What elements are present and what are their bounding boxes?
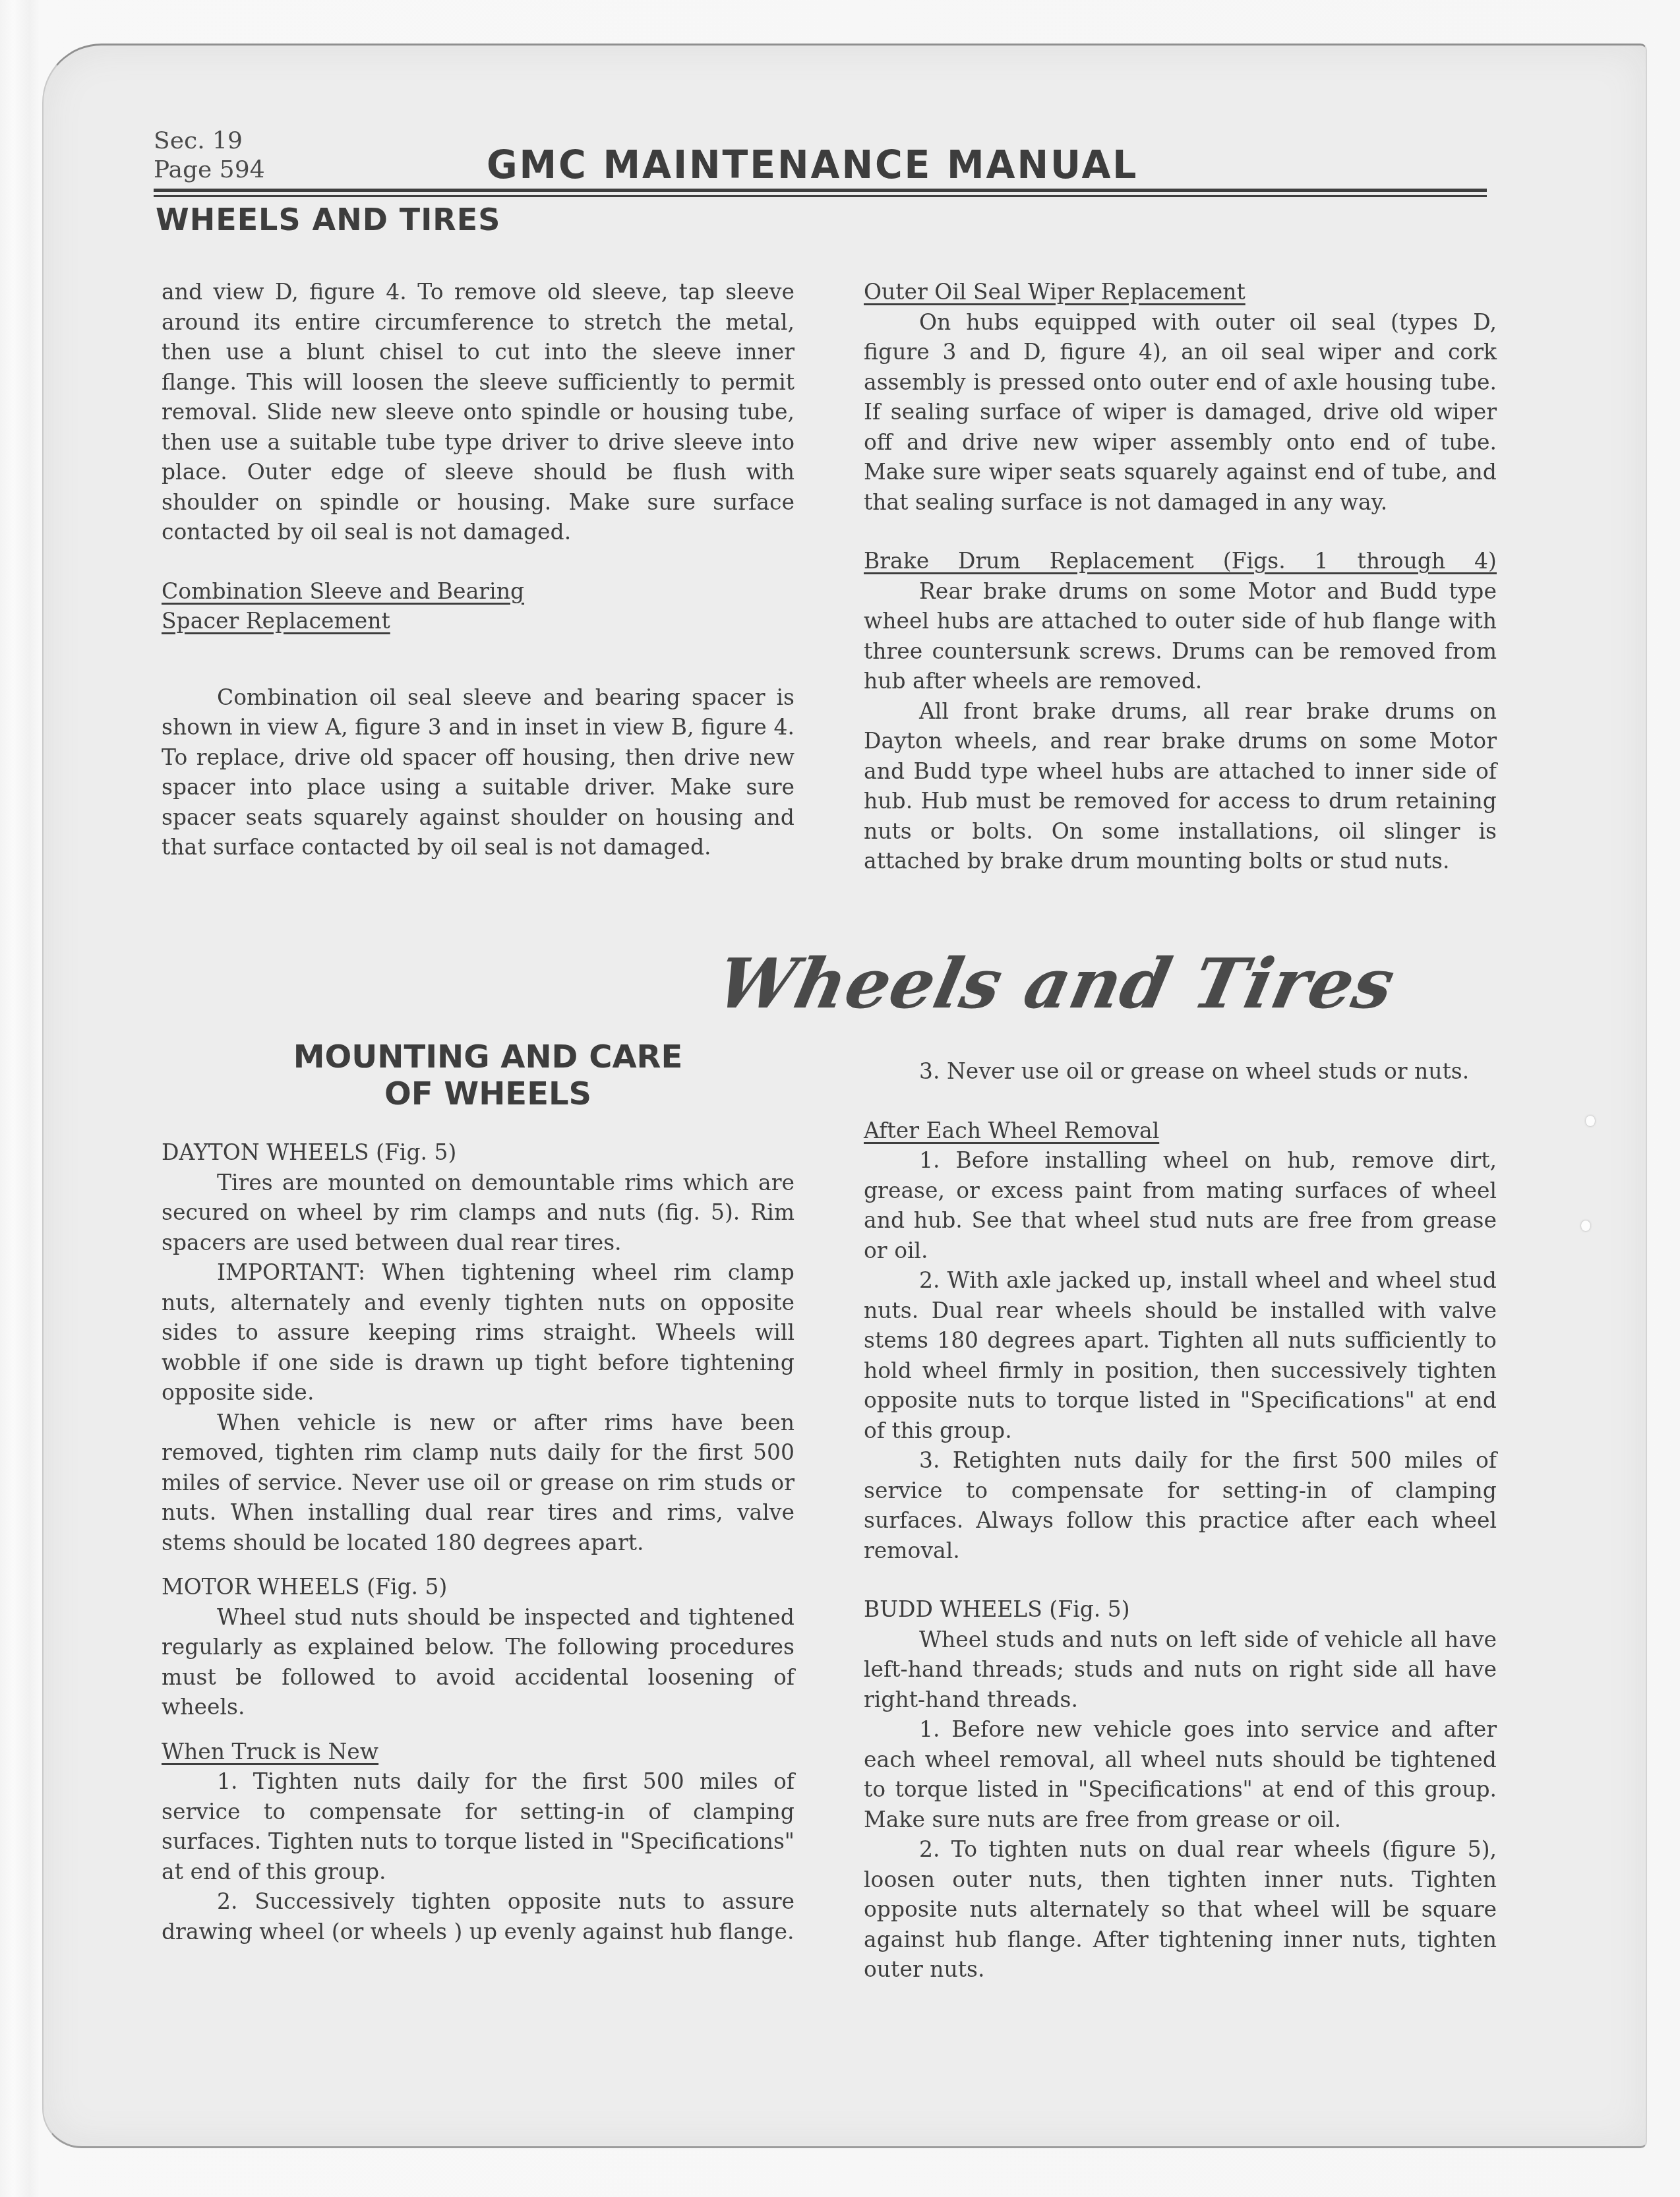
budd-item: 2. To tighten nuts on dual rear wheels (… [864, 1834, 1497, 1985]
wiper-text: On hubs equipped with outer oil seal (ty… [864, 307, 1497, 518]
after-removal-heading: After Each Wheel Removal [864, 1116, 1159, 1146]
punch-hole-mark [1586, 1116, 1595, 1126]
right-column-lower: 3. Never use oil or grease on wheel stud… [864, 1056, 1497, 1985]
budd-text: Wheel studs and nuts on left side of veh… [864, 1625, 1497, 1715]
after-removal-item: 2. With axle jacked up, install wheel an… [864, 1265, 1497, 1445]
after-removal-item: 1. Before installing wheel on hub, remov… [864, 1145, 1497, 1265]
truck-new-heading: When Truck is New [162, 1737, 378, 1767]
combo-spacer-heading: Combination Sleeve and Bearing Spacer Re… [162, 576, 557, 636]
never-oil-item: 3. Never use oil or grease on wheel stud… [864, 1056, 1497, 1087]
page-number: Page 594 [154, 156, 265, 185]
header-rule-bottom [154, 195, 1487, 197]
manual-title: GMC MAINTENANCE MANUAL [487, 142, 1138, 187]
truck-new-item: 1. Tighten nuts daily for the first 500 … [162, 1766, 795, 1886]
after-removal-item: 3. Retighten nuts daily for the first 50… [864, 1445, 1497, 1565]
dayton-text-1: Tires are mounted on demountable rims wh… [162, 1168, 795, 1258]
sleeve-removal-text: and view D, figure 4. To remove old slee… [162, 277, 795, 547]
dayton-important-text: IMPORTANT: When tightening wheel rim cla… [162, 1257, 795, 1408]
right-column-upper: Outer Oil Seal Wiper Replacement On hubs… [864, 277, 1497, 876]
mounting-care-title: MOUNTING AND CARE OF WHEELS [277, 1038, 699, 1112]
budd-wheels-heading: BUDD WHEELS (Fig. 5) [864, 1594, 1497, 1625]
wiper-heading: Outer Oil Seal Wiper Replacement [864, 277, 1497, 307]
section-title: WHEELS AND TIRES [156, 202, 500, 237]
wheels-and-tires-script-title: Wheels and Tires [710, 943, 1402, 1024]
punch-hole-mark [1581, 1220, 1590, 1231]
brake-drum-heading: Brake Drum Replacement (Figs. 1 through … [864, 546, 1497, 576]
dayton-wheels-heading: DAYTON WHEELS (Fig. 5) [162, 1137, 795, 1168]
brake-drum-text-1: Rear brake drums on some Motor and Budd … [864, 576, 1497, 696]
brake-drum-text-2: All front brake drums, all rear brake dr… [864, 696, 1497, 876]
motor-wheels-heading: MOTOR WHEELS (Fig. 5) [162, 1572, 795, 1602]
dayton-text-3: When vehicle is new or after rims have b… [162, 1408, 795, 1558]
budd-item: 1. Before new vehicle goes into service … [864, 1714, 1497, 1834]
left-column-lower: DAYTON WHEELS (Fig. 5) Tires are mounted… [162, 1137, 795, 1946]
combo-spacer-text: Combination oil seal sleeve and bearing … [162, 682, 795, 862]
truck-new-item: 2. Successively tighten opposite nuts to… [162, 1886, 795, 1946]
left-column-upper: and view D, figure 4. To remove old slee… [162, 277, 795, 862]
header-rule-top [154, 189, 1487, 192]
section-number: Sec. 19 [154, 127, 265, 156]
motor-text: Wheel stud nuts should be inspected and … [162, 1602, 795, 1722]
section-page-ref: Sec. 19 Page 594 [154, 127, 265, 185]
